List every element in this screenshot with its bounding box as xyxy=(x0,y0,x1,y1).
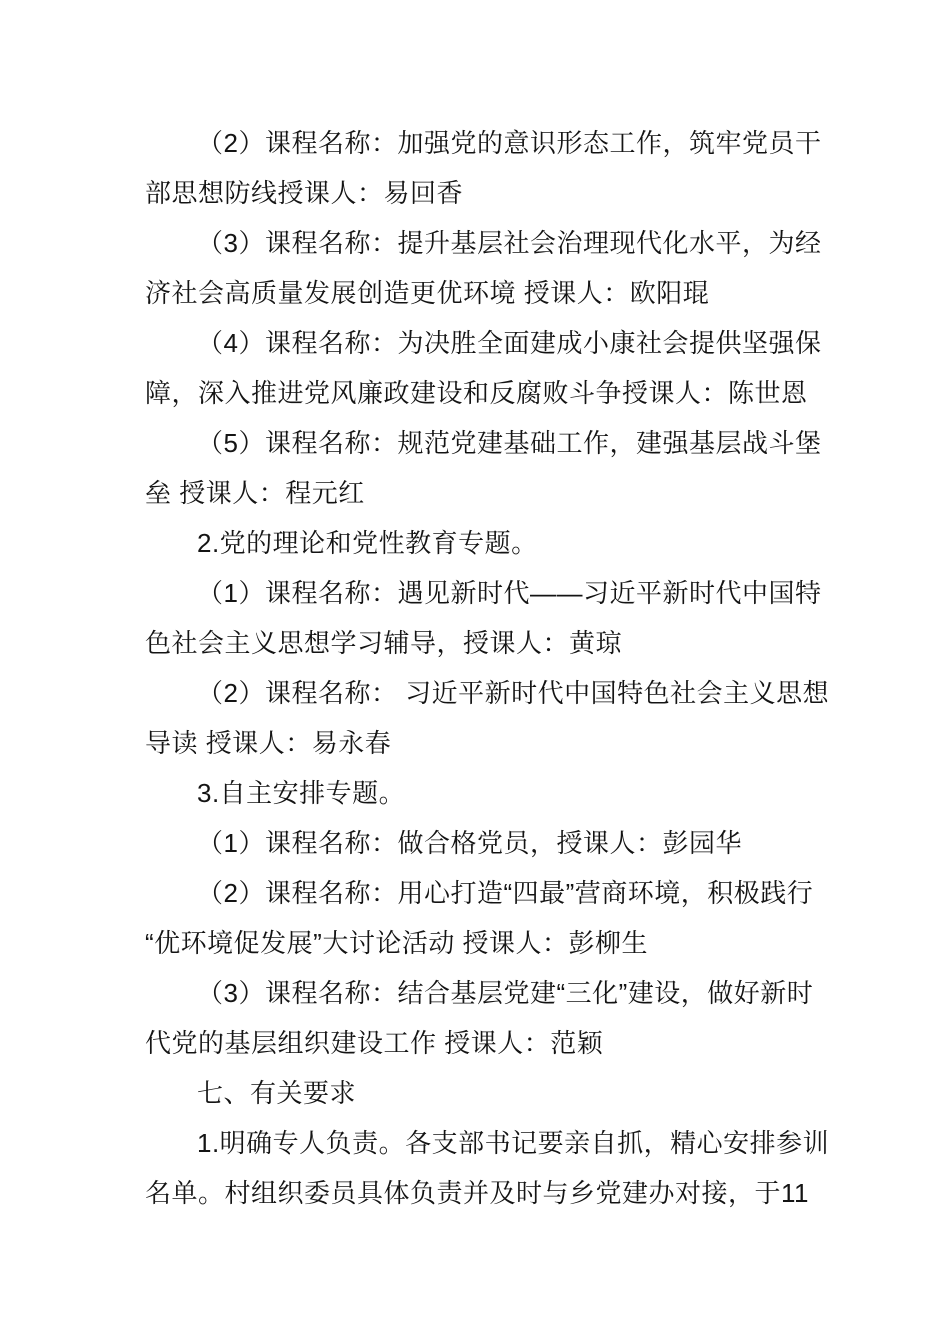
paragraph-line: 3.自主安排专题。 xyxy=(145,768,805,818)
document-body: （2）课程名称：加强党的意识形态工作，筑牢党员干部思想防线授课人：易回香（3）课… xyxy=(145,118,805,1218)
paragraph-line: 名单。村组织委员具体负责并及时与乡党建办对接，于11 xyxy=(145,1168,805,1218)
paragraph-line: 障，深入推进党风廉政建设和反腐败斗争授课人：陈世恩 xyxy=(145,368,805,418)
paragraph-line: 导读 授课人：易永春 xyxy=(145,718,805,768)
paragraph-line: （5）课程名称：规范党建基础工作，建强基层战斗堡 xyxy=(145,418,805,468)
paragraph-line: （1）课程名称：做合格党员，授课人：彭园华 xyxy=(145,818,805,868)
paragraph-line: 济社会高质量发展创造更优环境 授课人：欧阳琨 xyxy=(145,268,805,318)
paragraph-line: （2）课程名称： 习近平新时代中国特色社会主义思想 xyxy=(145,668,805,718)
paragraph-line: “优环境促发展”大讨论活动 授课人：彭柳生 xyxy=(145,918,805,968)
document-page: （2）课程名称：加强党的意识形态工作，筑牢党员干部思想防线授课人：易回香（3）课… xyxy=(0,0,950,1344)
paragraph-line: （2）课程名称：用心打造“四最”营商环境，积极践行 xyxy=(145,868,805,918)
paragraph-line: 垒 授课人：程元红 xyxy=(145,468,805,518)
paragraph-line: （2）课程名称：加强党的意识形态工作，筑牢党员干 xyxy=(145,118,805,168)
paragraph-line: 代党的基层组织建设工作 授课人：范颖 xyxy=(145,1018,805,1068)
paragraph-line: （3）课程名称：结合基层党建“三化”建设，做好新时 xyxy=(145,968,805,1018)
paragraph-line: （1）课程名称：遇见新时代——习近平新时代中国特 xyxy=(145,568,805,618)
paragraph-line: 部思想防线授课人：易回香 xyxy=(145,168,805,218)
paragraph-line: 1.明确专人负责。各支部书记要亲自抓，精心安排参训 xyxy=(145,1118,805,1168)
paragraph-line: 色社会主义思想学习辅导，授课人：黄琼 xyxy=(145,618,805,668)
paragraph-line: （3）课程名称：提升基层社会治理现代化水平，为经 xyxy=(145,218,805,268)
paragraph-line: 2.党的理论和党性教育专题。 xyxy=(145,518,805,568)
paragraph-line: （4）课程名称：为决胜全面建成小康社会提供坚强保 xyxy=(145,318,805,368)
paragraph-line: 七、有关要求 xyxy=(145,1068,805,1118)
